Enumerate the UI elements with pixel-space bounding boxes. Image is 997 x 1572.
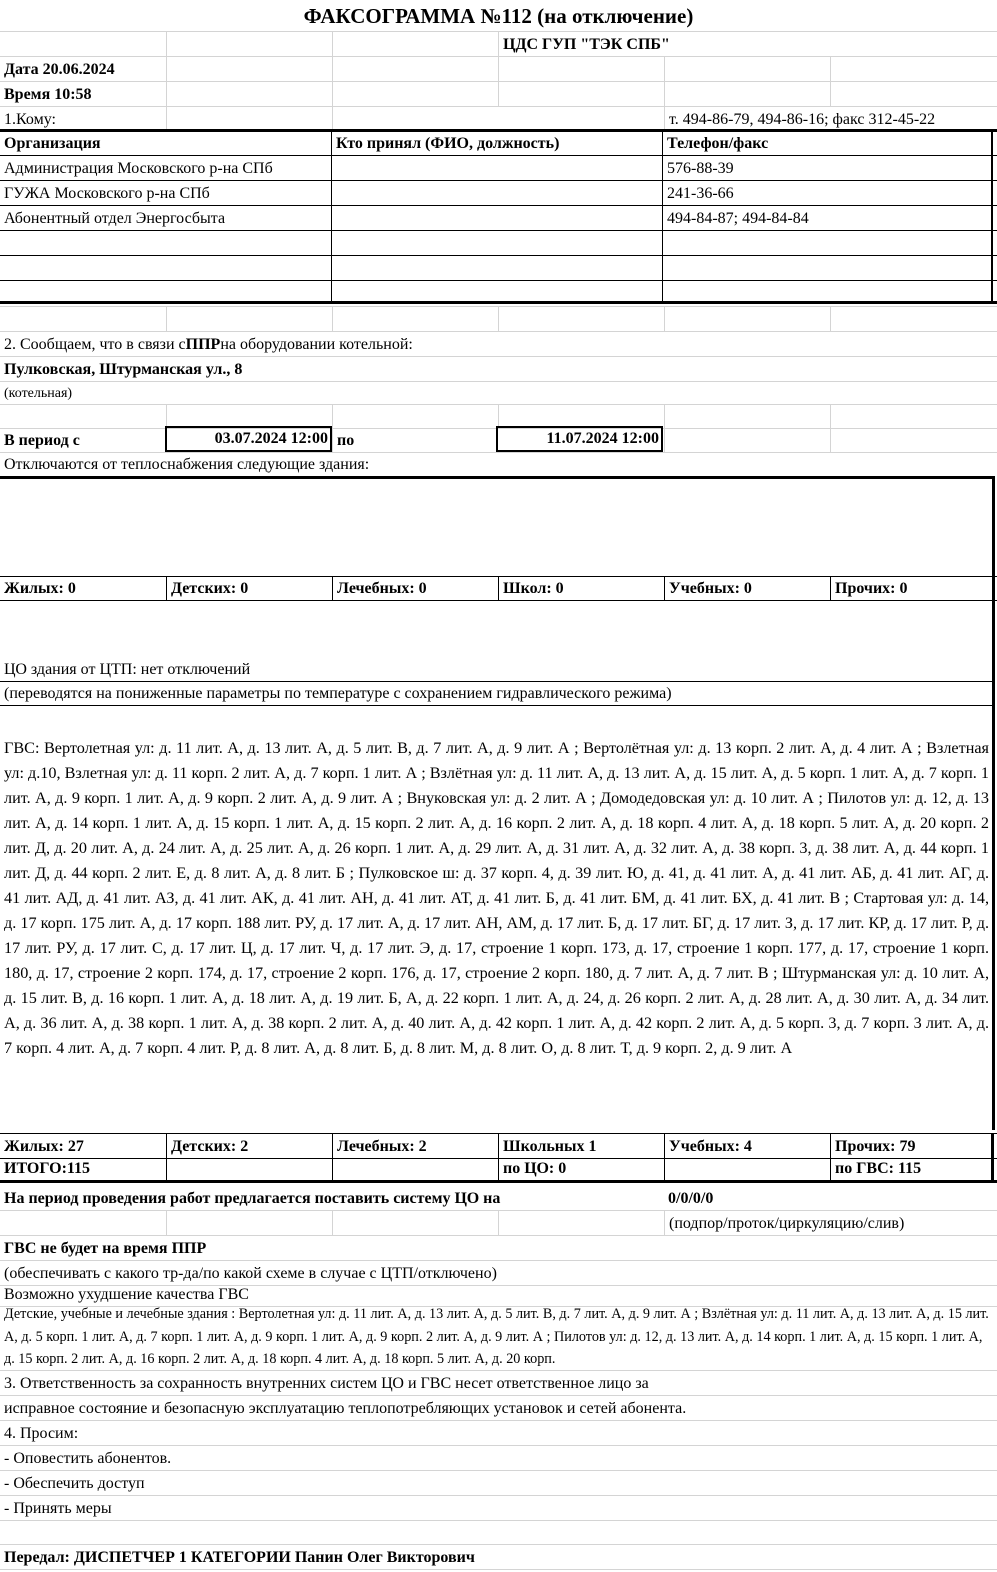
to-label: 1.Кому: xyxy=(0,107,166,131)
col-accepted-header: Кто принял (ФИО, должность) xyxy=(331,132,662,155)
section2-intro-row: 2. Сообщаем, что в связи с ППР на оборуд… xyxy=(0,331,997,356)
count-schools: Школ: 0 xyxy=(498,577,664,600)
time-row: Время 10:58 xyxy=(0,81,997,106)
sent-by: Передал: ДИСПЕТЧЕР 1 КАТЕГОРИИ Панин Оле… xyxy=(0,1545,997,1569)
count-medical: Лечебных: 0 xyxy=(332,577,498,600)
count-educational: Учебных: 0 xyxy=(664,577,830,600)
gvs-counts-row: Жилых: 27 Детских: 2 Лечебных: 2 Школьны… xyxy=(0,1133,997,1158)
disconnected-label: Отключаются от теплоснабжения следующие … xyxy=(0,453,997,476)
period-label: В период с xyxy=(0,429,166,452)
co-system-hint: (подпор/проток/циркуляцию/слив) xyxy=(664,1211,997,1235)
document-title: ФАКСОГРАММА №112 (на отключение) xyxy=(0,4,997,29)
table-row xyxy=(0,280,997,304)
section2-intro: 2. Сообщаем, что в связи с ППР на оборуд… xyxy=(0,332,997,356)
gvs-count-medical: Лечебных: 2 xyxy=(332,1134,498,1158)
gvs-count-children: Детских: 2 xyxy=(166,1134,332,1158)
gvs-count-other: Прочих: 79 xyxy=(830,1134,994,1158)
reduced-params-note: (переводятся на пониженные параметры по … xyxy=(4,682,672,706)
total-by-gvs: по ГВС: 115 xyxy=(830,1159,994,1180)
total-count: ИТОГО:115 xyxy=(0,1159,166,1180)
table-row xyxy=(0,255,997,280)
count-residential: Жилых: 0 xyxy=(0,577,166,600)
recipients-header: Организация Кто принял (ФИО, должность) … xyxy=(0,129,997,155)
responsibility-line-1: 3. Ответственность за сохранность внутре… xyxy=(0,1371,997,1395)
sender-row: ЦДС ГУП "ТЭК СПБ" xyxy=(0,31,997,56)
co-system-label: На период проведения работ предлагается … xyxy=(0,1185,664,1210)
gvs-count-schools: Школьных 1 xyxy=(498,1134,664,1158)
total-by-co: по ЦО: 0 xyxy=(498,1159,664,1180)
heating-counts-row: Жилых: 0 Детских: 0 Лечебных: 0 Школ: 0 … xyxy=(0,576,997,601)
col-phone-header: Телефон/факс xyxy=(662,132,993,155)
time-label: Время 10:58 xyxy=(0,82,166,106)
request-access: - Обеспечить доступ xyxy=(0,1471,997,1495)
gvs-absent: ГВС не будет на время ППР xyxy=(0,1236,997,1260)
sender-org: ЦДС ГУП "ТЭК СПБ" xyxy=(498,32,997,56)
list-item: - Оповестить абонентов. xyxy=(0,1445,997,1470)
count-children: Детских: 0 xyxy=(166,577,332,600)
request-measures: - Принять меры xyxy=(0,1496,997,1520)
col-org-header: Организация xyxy=(0,132,331,155)
period-to-label: по xyxy=(332,429,498,452)
table-row: ГУЖА Московского р-на СПб 241-36-66 xyxy=(0,180,997,205)
period-from-value: 03.07.2024 12:00 xyxy=(165,426,332,452)
table-row xyxy=(0,230,997,255)
table-row: Администрация Московского р-на СПб 576-8… xyxy=(0,155,997,180)
date-row: Дата 20.06.2024 xyxy=(0,56,997,81)
list-item: - Принять меры xyxy=(0,1495,997,1520)
to-row: 1.Кому: т. 494-86-79, 494-86-16; факс 31… xyxy=(0,106,997,131)
co-system-value: 0/0/0/0 xyxy=(664,1185,997,1210)
count-other: Прочих: 0 xyxy=(830,577,994,600)
responsibility-line-2: исправное состояние и безопасную эксплуа… xyxy=(0,1396,997,1420)
date-label: Дата 20.06.2024 xyxy=(0,57,166,81)
totals-row: ИТОГО:115 по ЦО: 0 по ГВС: 115 xyxy=(0,1158,997,1183)
gvs-count-educational: Учебных: 4 xyxy=(664,1134,830,1158)
fax-document: ФАКСОГРАММА №112 (на отключение) ЦДС ГУП… xyxy=(0,0,997,1572)
boiler-note: (котельная) xyxy=(0,382,997,404)
request-title: 4. Просим: xyxy=(0,1421,997,1445)
gvs-count-residential: Жилых: 27 xyxy=(0,1134,166,1158)
boiler-name: Пулковская, Штурманская ул., 8 xyxy=(0,357,997,381)
list-item: - Обеспечить доступ xyxy=(0,1470,997,1495)
period-to-value: 11.07.2024 12:00 xyxy=(496,426,663,452)
table-row: Абонентный отдел Энергосбыта 494-84-87; … xyxy=(0,205,997,230)
request-notify: - Оповестить абонентов. xyxy=(0,1446,997,1470)
gvs-supply-hint: (обеспечивать с какого тр-да/по какой сх… xyxy=(0,1261,997,1285)
co-from-ctp: ЦО здания от ЦТП: нет отключений xyxy=(4,658,250,682)
sender-contacts: т. 494-86-79, 494-86-16; факс 312-45-22 xyxy=(664,107,997,131)
gvs-building-list: ГВС: Вертолетная ул: д. 11 лит. А, д. 13… xyxy=(4,736,989,1061)
sensitive-buildings: Детские, учебные и лечебные здания : Вер… xyxy=(4,1303,991,1371)
